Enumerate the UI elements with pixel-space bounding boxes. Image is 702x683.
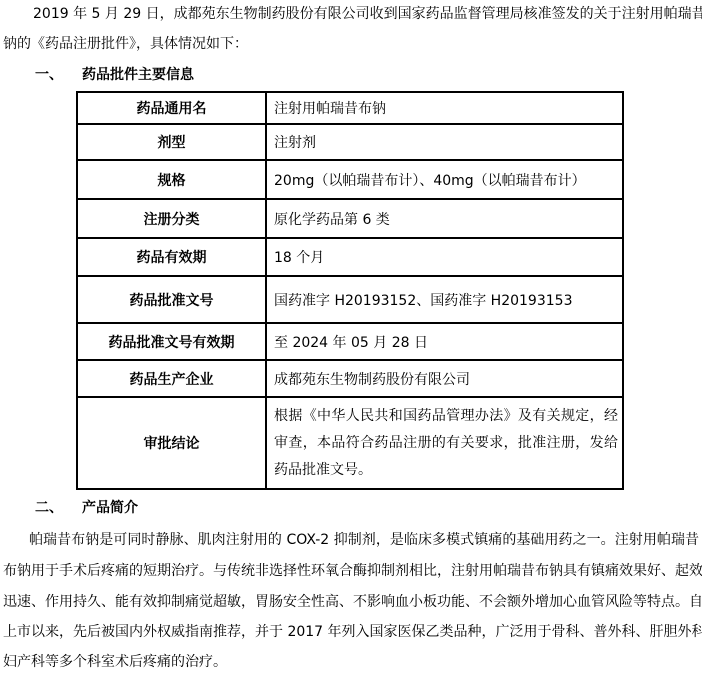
row-value: 20mg（以帕瑞昔布计）、40mg（以帕瑞昔布计）	[266, 160, 623, 199]
product-intro-line-1: 帕瑞昔布钠是可同时静脉、肌肉注射用的 COX-2 抑制剂，是临床多模式镇痛的基础…	[29, 530, 699, 550]
section2-number: 二、	[35, 498, 63, 518]
intro-line-1: 2019 年 5 月 29 日，成都苑东生物制药股份有限公司收到国家药品监督管理…	[33, 4, 699, 24]
row-key: 审批结论	[77, 397, 266, 489]
table-row: 药品批准文号 国药准字 H20193152、国药准字 H20193153	[77, 276, 623, 323]
section2-title: 产品简介	[82, 498, 138, 518]
table-row: 注册分类 原化学药品第 6 类	[77, 199, 623, 238]
row-key: 剂型	[77, 124, 266, 160]
table-row: 药品批准文号有效期 至 2024 年 05 月 28 日	[77, 323, 623, 360]
row-key: 药品批准文号有效期	[77, 323, 266, 360]
row-key: 注册分类	[77, 199, 266, 238]
table-row: 剂型 注射剂	[77, 124, 623, 160]
table-row: 药品通用名 注射用帕瑞昔布钠	[77, 92, 623, 124]
row-value: 至 2024 年 05 月 28 日	[266, 323, 623, 360]
section1-number: 一、	[35, 65, 63, 85]
product-intro-line-3: 迅速、作用持久、能有效抑制痛觉超敏，胃肠安全性高、不影响血小板功能、不会额外增加…	[3, 592, 699, 612]
row-key: 规格	[77, 160, 266, 199]
row-value: 原化学药品第 6 类	[266, 199, 623, 238]
table-row: 药品有效期 18 个月	[77, 238, 623, 276]
row-value: 注射剂	[266, 124, 623, 160]
row-key: 药品通用名	[77, 92, 266, 124]
product-intro-line-4: 上市以来，先后被国内外权威指南推荐，并于 2017 年列入国家医保乙类品种，广泛…	[3, 622, 699, 642]
intro-line-2: 钠的《药品注册批件》，具体情况如下：	[3, 34, 699, 54]
row-value: 成都苑东生物制药股份有限公司	[266, 360, 623, 397]
table-row: 审批结论 根据《中华人民共和国药品管理办法》及有关规定，经审查，本品符合药品注册…	[77, 397, 623, 489]
row-value: 18 个月	[266, 238, 623, 276]
table-row: 药品生产企业 成都苑东生物制药股份有限公司	[77, 360, 623, 397]
product-intro-line-2: 布钠用于手术后疼痛的短期治疗。与传统非选择性环氧合酶抑制剂相比，注射用帕瑞昔布钠…	[3, 561, 699, 581]
approval-info-table: 药品通用名 注射用帕瑞昔布钠 剂型 注射剂 规格 20mg（以帕瑞昔布计）、40…	[76, 91, 624, 490]
section1-title: 药品批件主要信息	[82, 65, 194, 85]
table-row: 规格 20mg（以帕瑞昔布计）、40mg（以帕瑞昔布计）	[77, 160, 623, 199]
row-key: 药品生产企业	[77, 360, 266, 397]
row-value: 注射用帕瑞昔布钠	[266, 92, 623, 124]
row-value: 根据《中华人民共和国药品管理办法》及有关规定，经审查，本品符合药品注册的有关要求…	[266, 397, 623, 489]
row-key: 药品有效期	[77, 238, 266, 276]
product-intro-line-5: 妇产科等多个科室术后疼痛的治疗。	[3, 652, 699, 672]
row-key: 药品批准文号	[77, 276, 266, 323]
row-value: 国药准字 H20193152、国药准字 H20193153	[266, 276, 623, 323]
